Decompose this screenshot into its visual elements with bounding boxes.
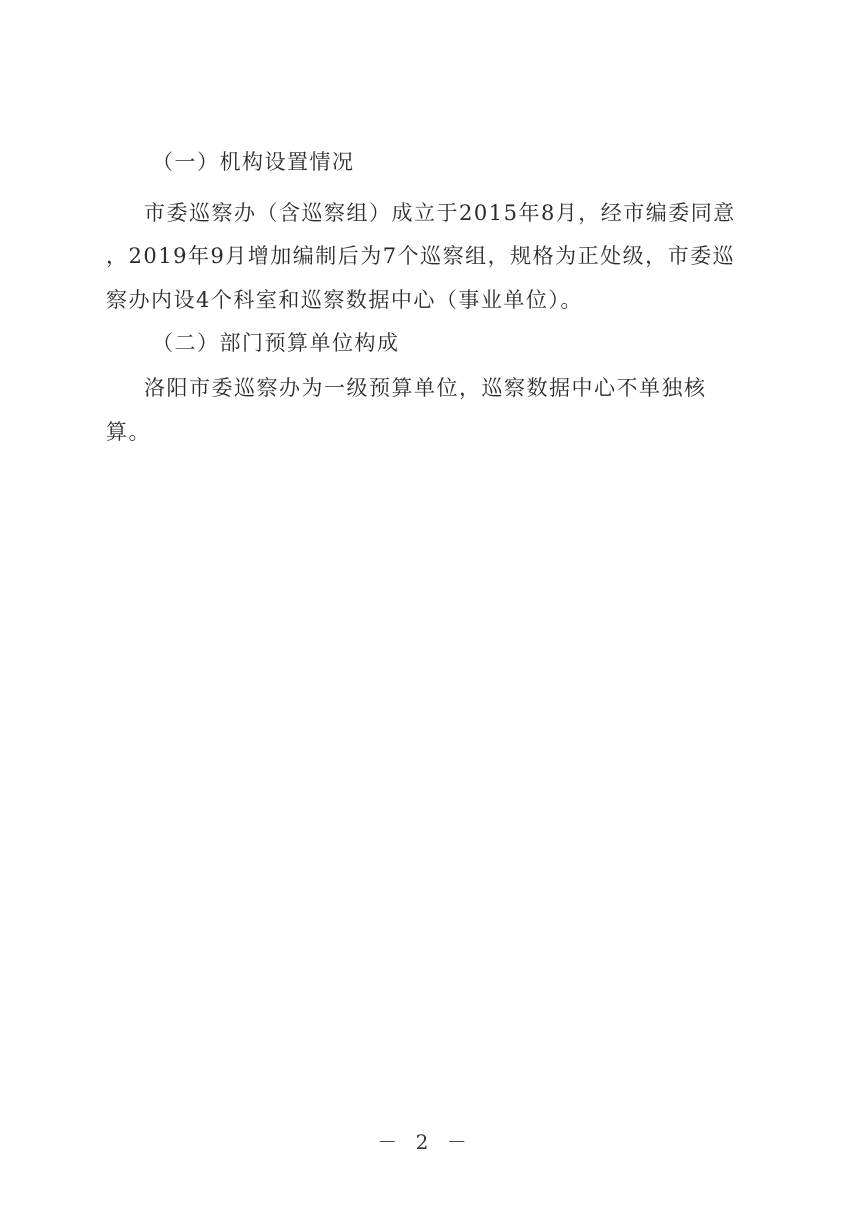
section-2-heading: （二）部门预算单位构成	[152, 329, 400, 357]
document-page: （一）机构设置情况 市委巡察办（含巡察组）成立于2015年8月，经市编委同意 ，…	[0, 0, 850, 1213]
section-1-heading: （一）机构设置情况	[152, 148, 355, 176]
section-1-paragraph-line-2: ，2019年9月增加编制后为7个巡察组，规格为正处级，市委巡	[106, 242, 735, 270]
section-1-paragraph-line-1: 市委巡察办（含巡察组）成立于2015年8月，经市编委同意	[144, 199, 736, 227]
section-1-paragraph-line-3: 察办内设4个科室和巡察数据中心（事业单位）。	[106, 286, 583, 314]
page-number: － 2 －	[0, 1126, 850, 1155]
section-2-paragraph-line-1: 洛阳市委巡察办为一级预算单位，巡察数据中心不单独核	[144, 374, 707, 402]
section-2-paragraph-line-2: 算。	[106, 418, 151, 446]
